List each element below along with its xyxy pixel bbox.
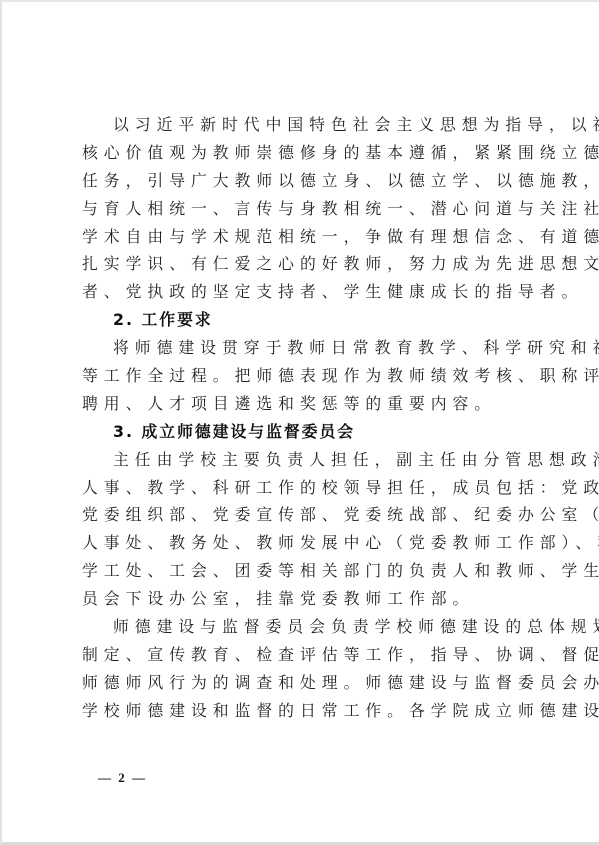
section-heading-work-requirements: 2. 工作要求 xyxy=(82,306,524,334)
text-line: 以习近平新时代中国特色社会主义思想为指导，以社会主义 xyxy=(82,111,524,139)
text-line: 人事、教学、科研工作的校领导担任，成员包括：党政办公室、 xyxy=(82,474,524,502)
text-line: 扎实学识、有仁爱之心的好教师，努力成为先进思想文化的传播 xyxy=(82,250,524,278)
text-line: 者、党执政的坚定支持者、学生健康成长的指导者。 xyxy=(82,278,524,306)
text-line: 员会下设办公室，挂靠党委教师工作部。 xyxy=(82,585,524,613)
text-line: 主任由学校主要负责人担任，副主任由分管思想政治工作、 xyxy=(82,446,524,474)
text-line: 制定、宣传教育、检查评估等工作，指导、协调、督促涉嫌违反 xyxy=(82,641,524,669)
text-line: 学工处、工会、团委等相关部门的负责人和教师、学生代表。委 xyxy=(82,557,524,585)
text-line: 学校师德建设和监督的日常工作。各学院成立师德建设与监督小 xyxy=(82,697,524,725)
page-number: — 2 — xyxy=(98,770,147,786)
text-line: 任务，引导广大教师以德立身、以德立学、以德施教，坚持教书 xyxy=(82,167,524,195)
paragraph-guiding-ideology: 以习近平新时代中国特色社会主义思想为指导，以社会主义 核心价值观为教师崇德修身的… xyxy=(82,111,524,306)
document-body: 以习近平新时代中国特色社会主义思想为指导，以社会主义 核心价值观为教师崇德修身的… xyxy=(82,111,524,725)
text-line: 等工作全过程。把师德表现作为教师绩效考核、职称评审、岗位 xyxy=(82,362,524,390)
text-line: 聘用、人才项目遴选和奖惩等的重要内容。 xyxy=(82,390,524,418)
paragraph-work-requirements: 将师德建设贯穿于教师日常教育教学、科学研究和社会服务 等工作全过程。把师德表现作… xyxy=(82,334,524,418)
text-line: 核心价值观为教师崇德修身的基本遵循，紧紧围绕立德树人根本 xyxy=(82,139,524,167)
section-heading-committee: 3. 成立师德建设与监督委员会 xyxy=(82,418,524,446)
paragraph-committee-duties: 师德建设与监督委员会负责学校师德建设的总体规划、政策 制定、宣传教育、检查评估等… xyxy=(82,613,524,725)
text-line: 将师德建设贯穿于教师日常教育教学、科学研究和社会服务 xyxy=(82,334,524,362)
text-line: 人事处、教务处、教师发展中心（党委教师工作部）、科技处、 xyxy=(82,529,524,557)
paragraph-committee-members: 主任由学校主要负责人担任，副主任由分管思想政治工作、 人事、教学、科研工作的校领… xyxy=(82,446,524,613)
text-line: 师德建设与监督委员会负责学校师德建设的总体规划、政策 xyxy=(82,613,524,641)
text-line: 学术自由与学术规范相统一，争做有理想信念、有道德情操、有 xyxy=(82,223,524,251)
text-line: 与育人相统一、言传与身教相统一、潜心问道与关注社会相统一、 xyxy=(82,195,524,223)
text-line: 党委组织部、党委宣传部、党委统战部、纪委办公室（监察处）、 xyxy=(82,501,524,529)
text-line: 师德师风行为的调查和处理。师德建设与监督委员会办公室负责 xyxy=(82,669,524,697)
